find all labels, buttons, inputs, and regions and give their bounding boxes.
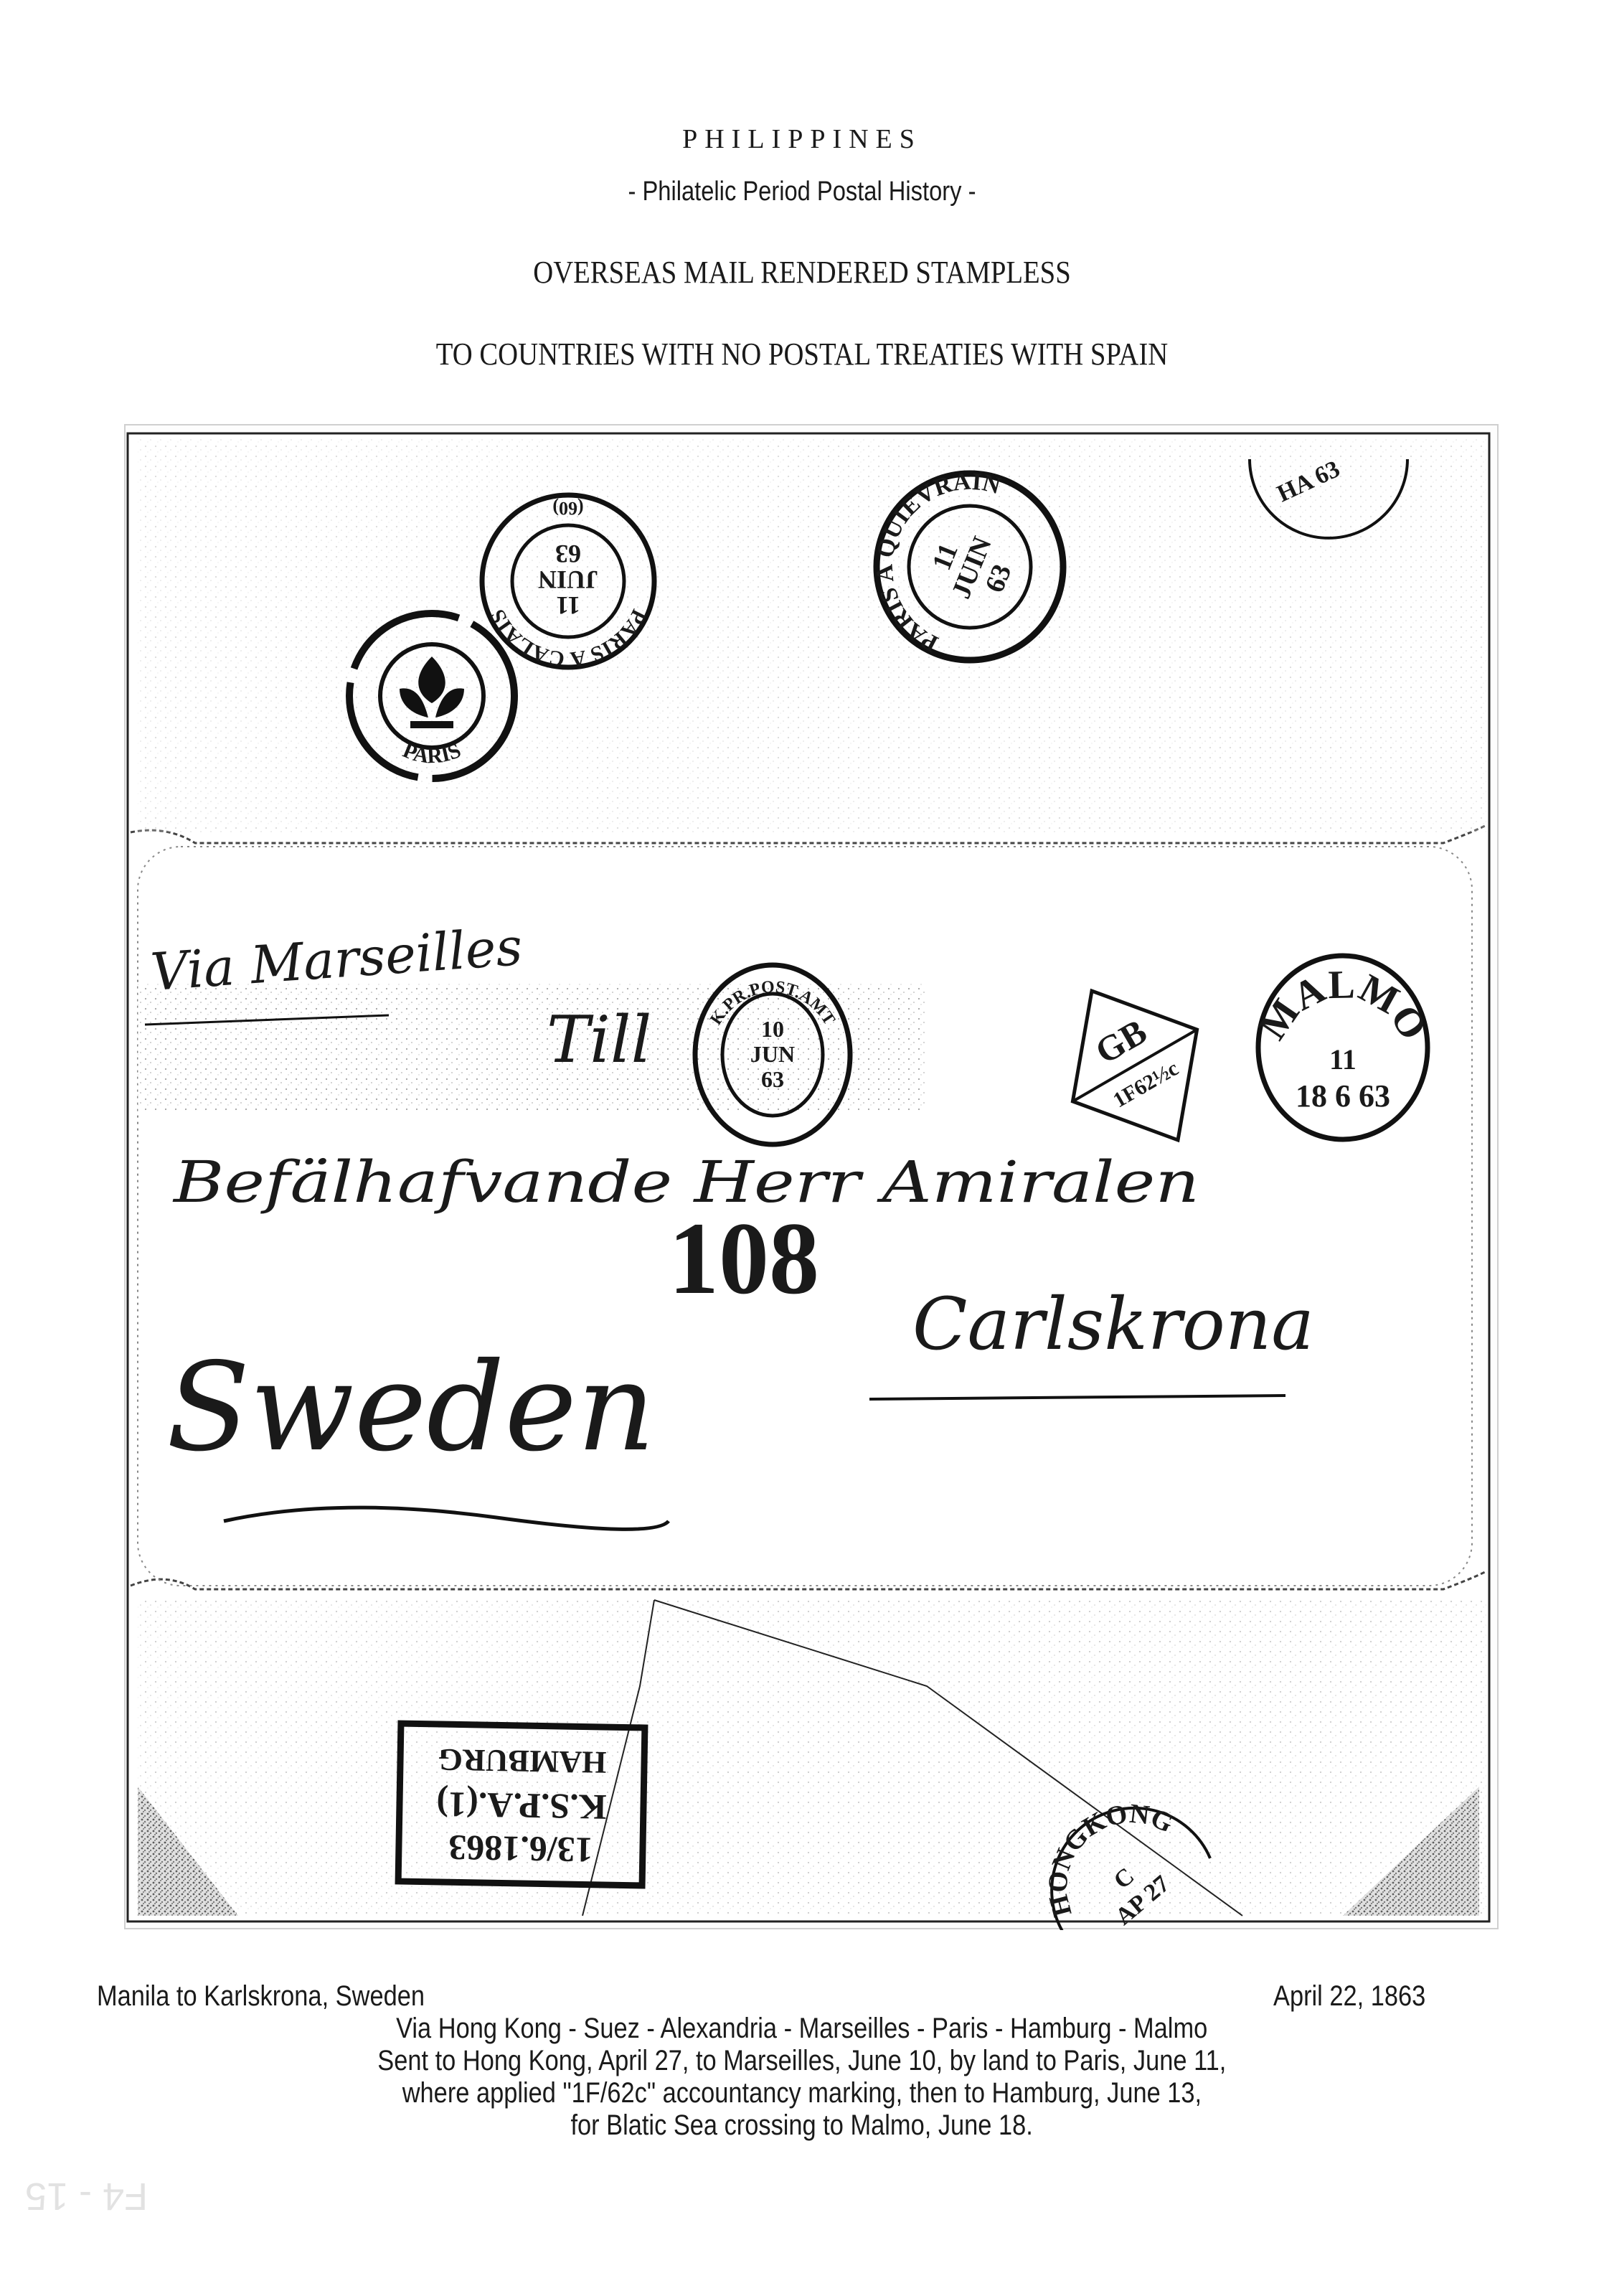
envelope-image: HA 63 PARIS A QUIEVRAIN 11 JUIN 63 PARIS…: [123, 423, 1499, 1930]
svg-text:K.S.P.A.(1): K.S.P.A.(1): [436, 1784, 607, 1827]
svg-text:(60): (60): [552, 498, 583, 519]
pencil-note: F4 - 15: [25, 2174, 148, 2219]
manuscript-salutation: Till: [547, 1002, 651, 1078]
svg-text:63: 63: [761, 1066, 784, 1092]
page-country-heading: PHILIPPINES: [0, 123, 1604, 155]
svg-text:10: 10: [761, 1016, 784, 1042]
rate-marking-108: 108: [669, 1201, 819, 1316]
svg-text:JUIN: JUIN: [538, 565, 598, 594]
svg-text:13/6.1863: 13/6.1863: [448, 1827, 593, 1871]
caption-line: Sent to Hong Kong, April 27, to Marseill…: [0, 2045, 1604, 2077]
svg-text:11: 11: [1329, 1043, 1357, 1076]
manuscript-country: Sweden: [166, 1337, 656, 1479]
svg-text:HAMBURG: HAMBURG: [438, 1742, 606, 1780]
page-subtitle: - Philatelic Period Postal History -: [113, 177, 1492, 207]
page-title-line2: TO COUNTRIES WITH NO POSTAL TREATIES WIT…: [96, 336, 1508, 372]
caption-line: where applied "1F/62c" accountancy marki…: [0, 2077, 1604, 2109]
caption-route: Manila to Karlskrona, Sweden: [97, 1980, 425, 2013]
caption-date: April 22, 1863: [1273, 1980, 1425, 2013]
page-title-line1: OVERSEAS MAIL RENDERED STAMPLESS: [96, 254, 1508, 291]
svg-text:18 6 63: 18 6 63: [1296, 1078, 1390, 1114]
manuscript-city: Carlskrona: [912, 1282, 1314, 1366]
svg-text:63: 63: [555, 540, 581, 568]
caption-line: for Blatic Sea crossing to Malmo, June 1…: [0, 2109, 1604, 2142]
svg-text:11: 11: [556, 591, 580, 620]
svg-text:JUN: JUN: [750, 1041, 795, 1067]
caption-line: Via Hong Kong - Suez - Alexandria - Mars…: [0, 2013, 1604, 2045]
